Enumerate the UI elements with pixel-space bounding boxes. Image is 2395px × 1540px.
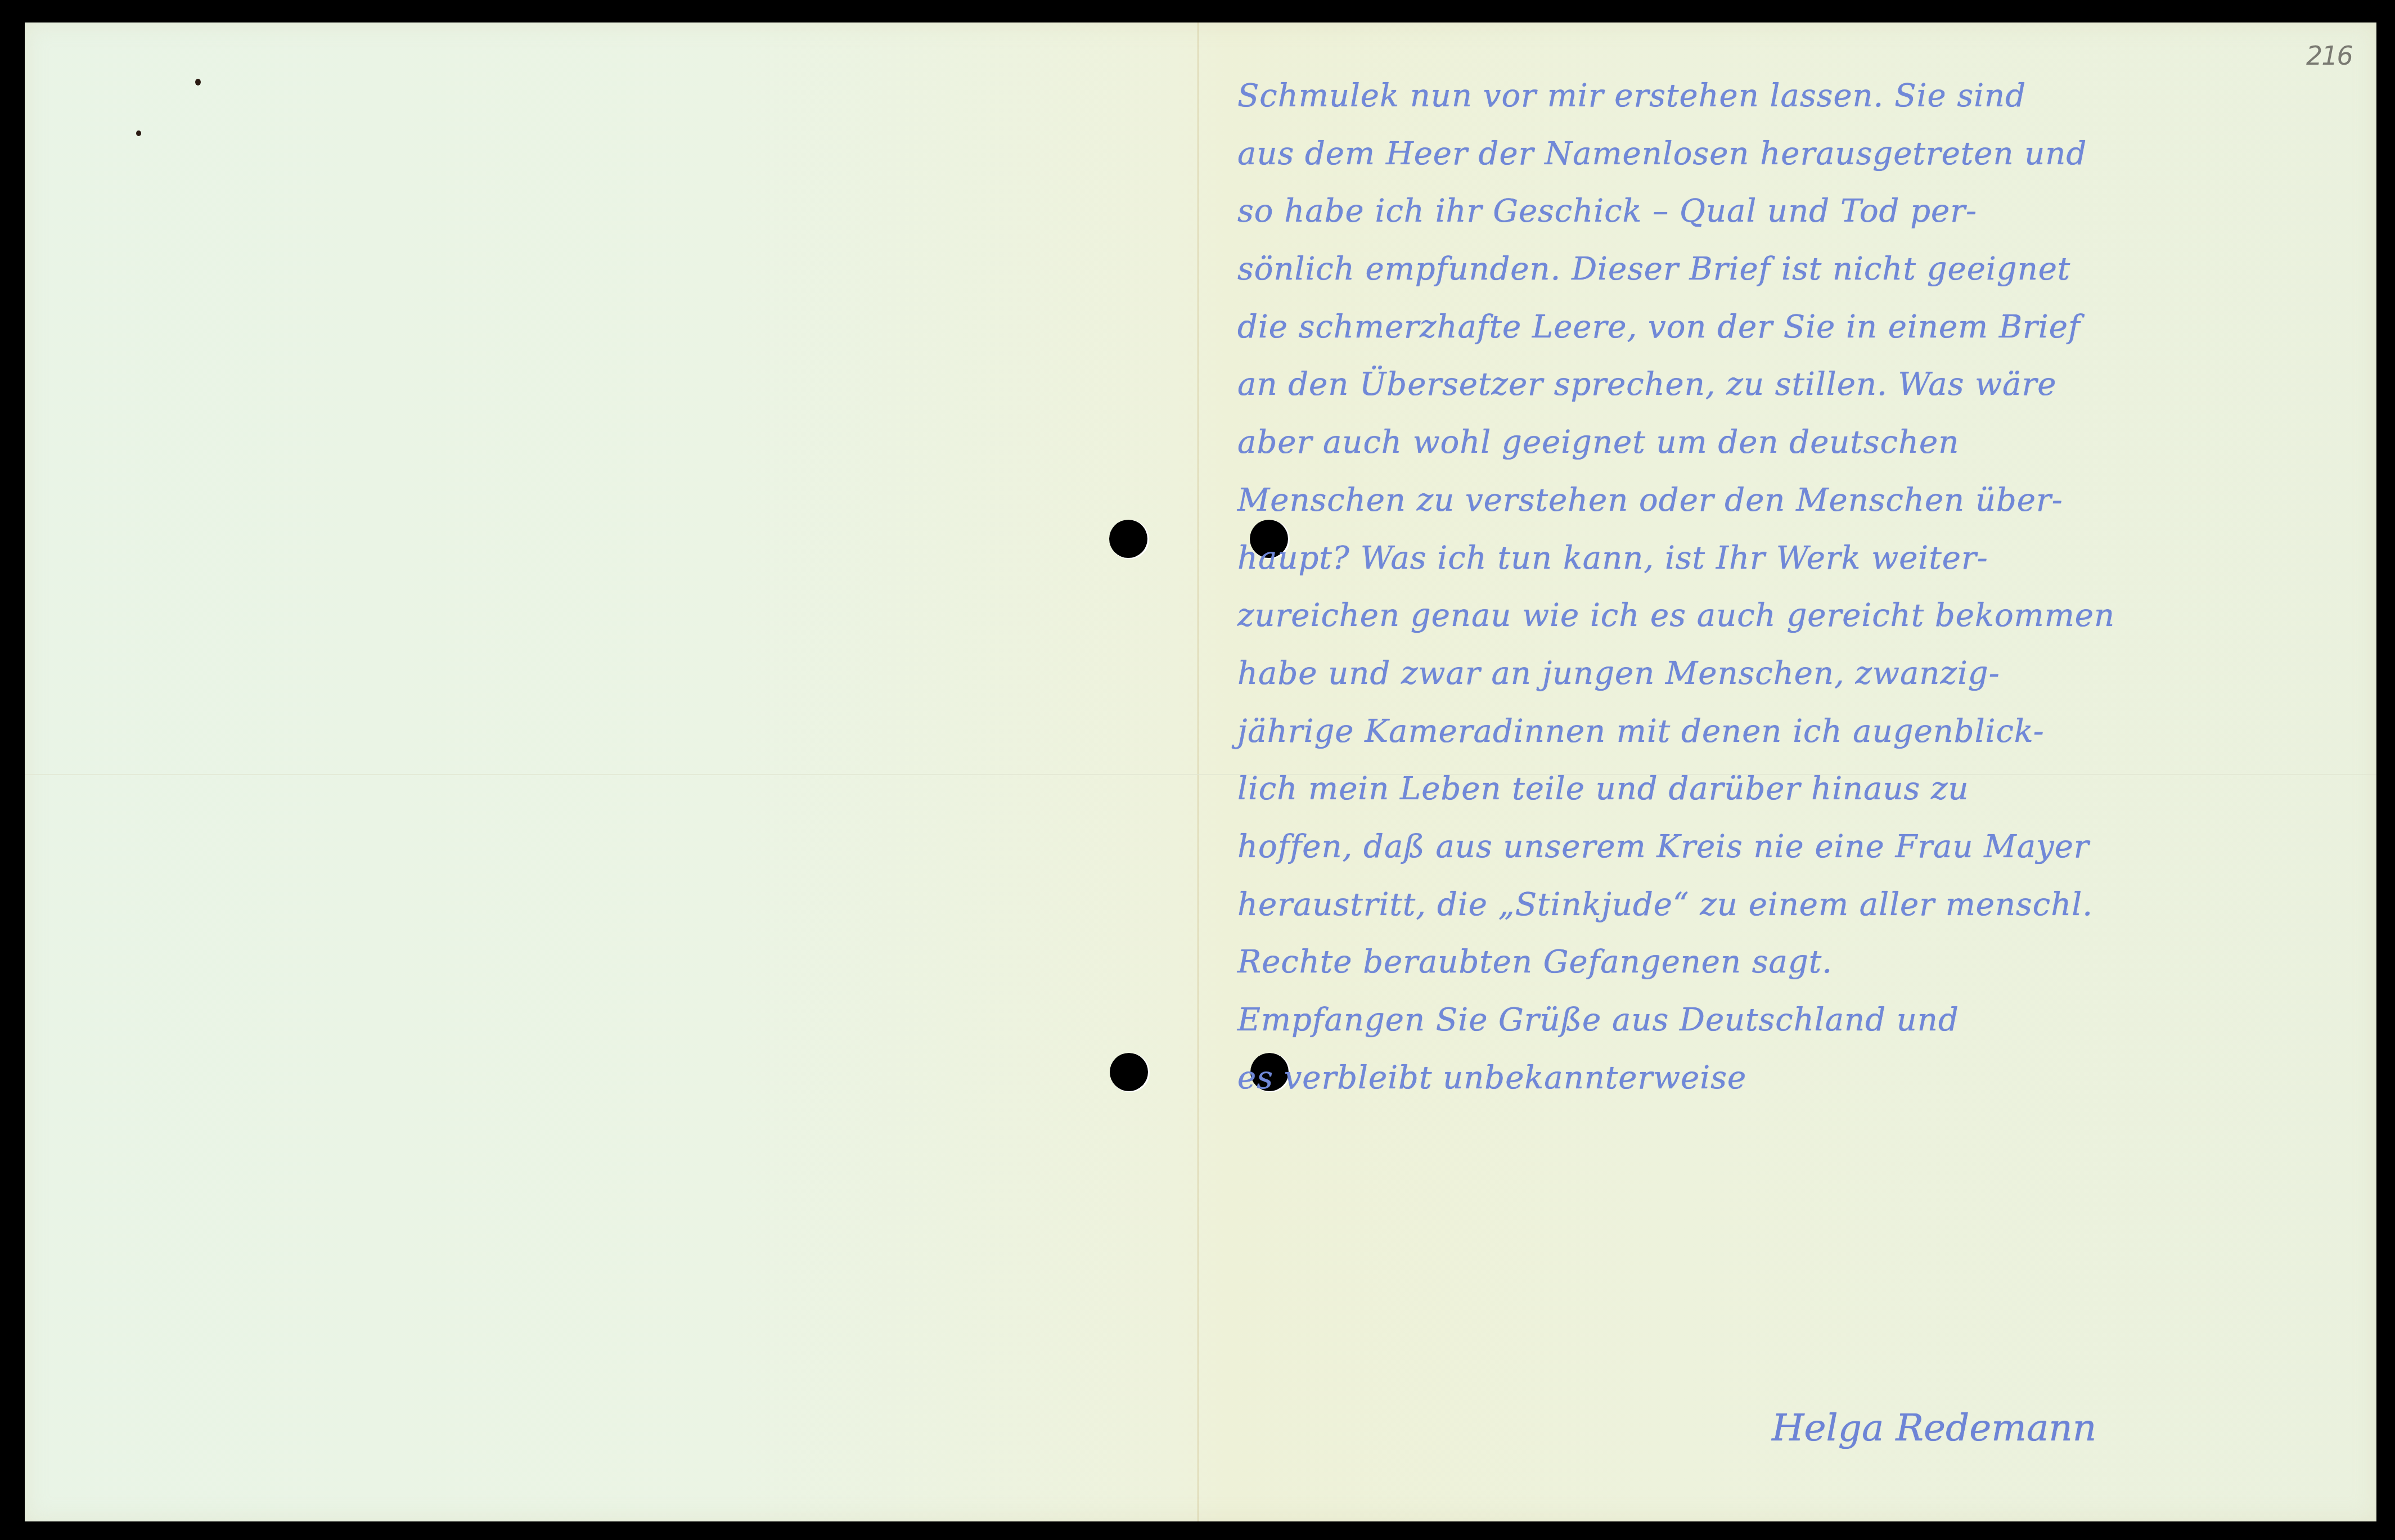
punch-hole-left-top — [1109, 520, 1147, 558]
letter-line: Menschen zu verstehen oder den Menschen … — [1237, 472, 2340, 530]
letter-line: heraustritt, die „Stinkjude“ zu einem al… — [1237, 876, 2340, 934]
letter-line: aus dem Heer der Namenlosen herausgetret… — [1237, 125, 2340, 183]
letter-line: jährige Kameradinnen mit denen ich augen… — [1237, 703, 2340, 761]
letter-line: sönlich empfunden. Dieser Brief ist nich… — [1237, 241, 2340, 299]
letter-line: aber auch wohl geeignet um den deutschen — [1237, 414, 2340, 472]
letter-line: haupt? Was ich tun kann, ist Ihr Werk we… — [1237, 530, 2340, 588]
paper-speck — [195, 79, 201, 85]
letter-line: Schmulek nun vor mir erstehen lassen. Si… — [1237, 67, 2340, 125]
letter-line: an den Übersetzer sprechen, zu stillen. … — [1237, 356, 2340, 414]
letter-line: habe und zwar an jungen Menschen, zwanzi… — [1237, 645, 2340, 703]
letter-line: Empfangen Sie Grüße aus Deutschland und — [1237, 992, 2340, 1050]
letter-line: hoffen, daß aus unserem Kreis nie eine F… — [1237, 818, 2340, 876]
signature: Helga Redemann — [1772, 1406, 2096, 1449]
left-page — [25, 22, 1198, 1521]
scan-background: 216 Schmulek nun vor mir erstehen lassen… — [0, 0, 2395, 1540]
letter-line: lich mein Leben teile und darüber hinaus… — [1237, 760, 2340, 818]
page-number: 216 — [2306, 40, 2352, 71]
letter-line: so habe ich ihr Geschick – Qual und Tod … — [1237, 183, 2340, 241]
letter-line: zureichen genau wie ich es auch gereicht… — [1237, 587, 2340, 645]
letter-line: es verbleibt unbekannterweise — [1237, 1050, 2340, 1107]
center-fold-crease — [1197, 22, 1199, 1521]
letter-body: Schmulek nun vor mir erstehen lassen. Si… — [1237, 67, 2340, 1107]
letter-line: die schmerzhafte Leere, von der Sie in e… — [1237, 299, 2340, 357]
paper-speck — [136, 130, 141, 136]
letter-line: Rechte beraubten Gefangenen sagt. — [1237, 934, 2340, 992]
punch-hole-left-bottom — [1110, 1053, 1148, 1091]
